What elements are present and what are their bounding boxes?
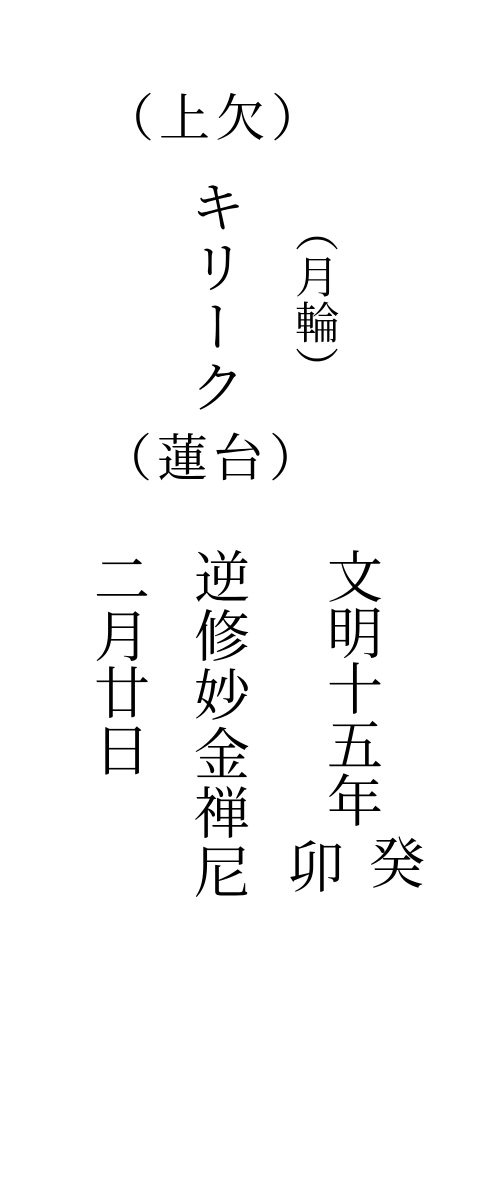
sexagenary-branch: 卯 bbox=[283, 838, 339, 894]
inscription-transcription-page: （上欠） キリーク （月輪） （蓮台） 文明十五年 癸 卯 逆修妙金禅尼 二月廿… bbox=[0, 0, 478, 1200]
name-column: 逆修妙金禅尼 bbox=[189, 548, 245, 902]
top-missing-note: （上欠） bbox=[103, 92, 327, 148]
era-year-column: 文明十五年 bbox=[322, 548, 378, 828]
seed-syllable-kiriku: キリーク bbox=[185, 178, 241, 418]
sexagenary-stem: 癸 bbox=[364, 834, 420, 890]
moon-ring-note: （月輪） bbox=[290, 208, 334, 392]
date-column: 二月廿日 bbox=[89, 550, 145, 778]
lotus-pedestal-note: （蓮台） bbox=[101, 432, 325, 488]
